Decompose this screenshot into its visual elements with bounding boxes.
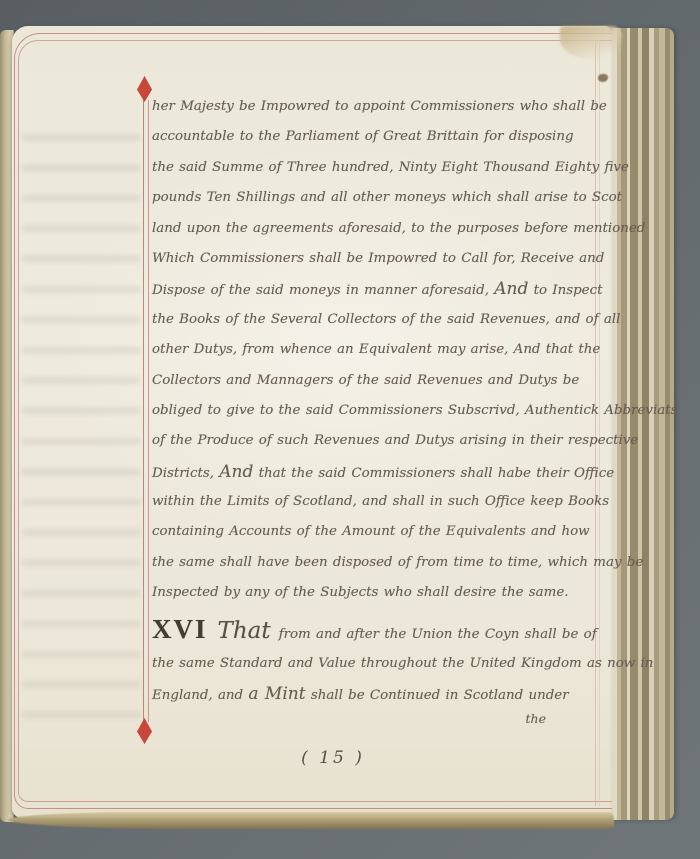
manuscript-line: of the Produce of such Revenues and Duty…: [152, 426, 604, 456]
manuscript-text-numeral: XVI: [152, 614, 208, 644]
manuscript-line: other Dutys, from whence an Equivalent m…: [152, 335, 604, 365]
manuscript-text: England, and: [152, 688, 248, 703]
manuscript-line: the: [152, 709, 604, 731]
manuscript-line: containing Accounts of the Amount of the…: [152, 517, 604, 547]
manuscript-text: Which Commissioners shall be Impowred to…: [152, 251, 604, 266]
manuscript-text: of the Produce of such Revenues and Duty…: [152, 433, 638, 448]
manuscript-text: Districts,: [152, 466, 219, 481]
manuscript-line: obliged to give to the said Commissioner…: [152, 396, 604, 426]
manuscript-text: the same shall have been disposed of fro…: [152, 555, 643, 570]
manuscript-line: accountable to the Parliament of Great B…: [152, 122, 604, 152]
manuscript-text-emph: And: [494, 279, 528, 299]
manuscript-line: Collectors and Mannagers of the said Rev…: [152, 366, 604, 396]
page-number: ( 15 ): [12, 748, 612, 768]
verso-show-through-text: [22, 122, 140, 722]
manuscript-text: Collectors and Mannagers of the said Rev…: [152, 373, 579, 388]
manuscript-text: other Dutys, from whence an Equivalent m…: [152, 342, 600, 357]
manuscript-text: Inspected by any of the Subjects who sha…: [152, 585, 569, 600]
manuscript-text-emph: a Mint: [248, 684, 305, 704]
manuscript-text: the same Standard and Value throughout t…: [152, 656, 653, 671]
manuscript-line: within the Limits of Scotland, and shall…: [152, 487, 604, 517]
manuscript-line: Dispose of the said moneys in manner afo…: [152, 274, 604, 304]
manuscript-text: obliged to give to the said Commissioner…: [152, 403, 678, 418]
manuscript-text: the: [526, 711, 546, 726]
manuscript-text: to Inspect: [528, 283, 602, 298]
manuscript-text: land upon the agreements aforesaid, to t…: [152, 221, 645, 236]
manuscript-page: her Majesty be Impowred to appoint Commi…: [12, 26, 612, 818]
photo-background: { "document": { "kind": "handwritten-man…: [0, 0, 700, 859]
margin-diamond-top: [137, 76, 152, 102]
manuscript-line: England, and a Mint shall be Continued i…: [152, 679, 604, 709]
manuscript-text: accountable to the Parliament of Great B…: [152, 129, 574, 144]
manuscript-text: the Books of the Several Collectors of t…: [152, 312, 620, 327]
manuscript-line: land upon the agreements aforesaid, to t…: [152, 214, 604, 244]
manuscript-line: the Books of the Several Collectors of t…: [152, 305, 604, 335]
manuscript-text: shall be Continued in Scotland under: [306, 688, 569, 703]
manuscript-text: containing Accounts of the Amount of the…: [152, 524, 590, 539]
manuscript-text: that the said Commissioners shall habe t…: [253, 466, 614, 481]
manuscript-text: her Majesty be Impowred to appoint Commi…: [152, 99, 607, 114]
manuscript-text: the said Summe of Three hundred, Ninty E…: [152, 160, 629, 175]
manuscript-line: the said Summe of Three hundred, Ninty E…: [152, 153, 604, 183]
manuscript-line: pounds Ten Shillings and all other money…: [152, 183, 604, 213]
manuscript-line: XVIThatfrom and after the Union the Coyn…: [152, 609, 604, 649]
manuscript-line: the same Standard and Value throughout t…: [152, 649, 604, 679]
fore-edge-page-stack: [612, 28, 674, 820]
manuscript-text-script-large: That: [218, 618, 271, 644]
manuscript-line: Inspected by any of the Subjects who sha…: [152, 578, 604, 608]
manuscript-line: her Majesty be Impowred to appoint Commi…: [152, 92, 604, 122]
manuscript-line: the same shall have been disposed of fro…: [152, 548, 604, 578]
manuscript-text-block: her Majesty be Impowred to appoint Commi…: [152, 92, 604, 731]
manuscript-text-emph: And: [219, 462, 253, 482]
manuscript-text: from and after the Union the Coyn shall …: [279, 627, 597, 642]
manuscript-text: Dispose of the said moneys in manner afo…: [152, 283, 494, 298]
manuscript-line: Which Commissioners shall be Impowred to…: [152, 244, 604, 274]
left-margin-rule: [143, 100, 149, 722]
manuscript-text: pounds Ten Shillings and all other money…: [152, 190, 622, 205]
bottom-page-edge: [8, 812, 614, 829]
manuscript-line: Districts, And that the said Commissione…: [152, 457, 604, 487]
manuscript-text: within the Limits of Scotland, and shall…: [152, 494, 609, 509]
